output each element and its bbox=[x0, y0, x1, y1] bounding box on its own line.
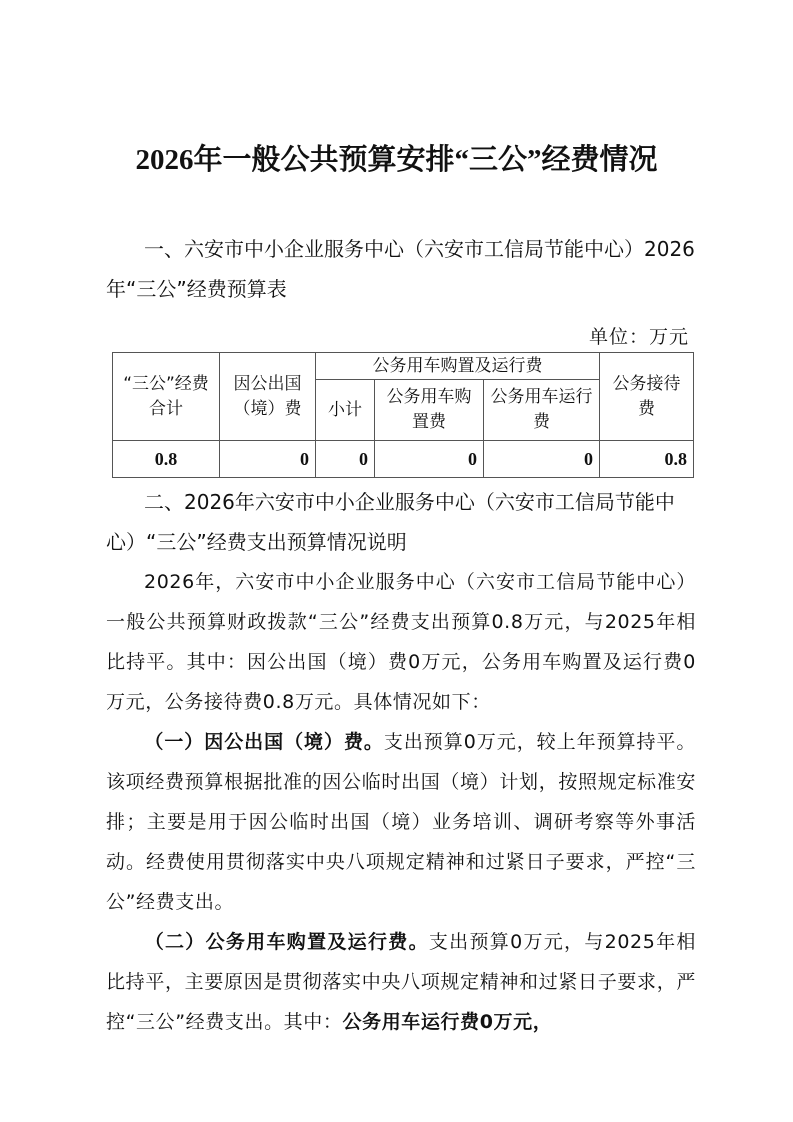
cell-vehicle-operation: 0 bbox=[484, 441, 600, 478]
cell-vehicle-subtotal: 0 bbox=[316, 441, 375, 478]
page-title: 2026年一般公共预算安排“三公”经费情况 bbox=[0, 140, 793, 180]
header-vehicle-subtotal: 小计 bbox=[316, 380, 375, 441]
section-heading-explanation: 二、2026年六安市中小企业服务中心（六安市工信局节能中心）“三公”经费支出预算… bbox=[106, 482, 696, 562]
paragraph-text: 2026年，六安市中小企业服务中心（六安市工信局节能中心）一般公共预算财政拨款“… bbox=[106, 571, 696, 713]
cell-reception: 0.8 bbox=[600, 441, 694, 478]
item-title-vehicle: （二）公务用车购置及运行费。 bbox=[144, 931, 429, 953]
three-public-budget-table: “三公”经费合计 因公出国（境）费 公务用车购置及运行费 公务接待费 小计 公务… bbox=[112, 352, 694, 478]
cell-overseas: 0 bbox=[220, 441, 316, 478]
vehicle-operation-highlight: 公务用车运行费0万元， bbox=[343, 1011, 553, 1033]
paragraph-summary: 2026年，六安市中小企业服务中心（六安市工信局节能中心）一般公共预算财政拨款“… bbox=[106, 562, 696, 722]
paragraph-overseas: （一）因公出国（境）费。支出预算0万元，较上年预算持平。该项经费预算根据批准的因… bbox=[106, 722, 696, 922]
table-row: 0.8 0 0 0 0 0.8 bbox=[113, 441, 694, 478]
section-heading-text: 二、2026年六安市中小企业服务中心（六安市工信局节能中心）“三公”经费支出预算… bbox=[106, 490, 675, 554]
unit-label: 单位：万元 bbox=[589, 322, 689, 352]
item-title-overseas: （一）因公出国（境）费。 bbox=[144, 731, 384, 753]
section-heading-text: 一、六安市中小企业服务中心（六安市工信局节能中心）2026年“三公”经费预算表 bbox=[106, 237, 695, 301]
header-reception: 公务接待费 bbox=[600, 353, 694, 441]
header-total: “三公”经费合计 bbox=[113, 353, 220, 441]
header-vehicle-purchase: 公务用车购置费 bbox=[375, 380, 484, 441]
header-vehicle-operation: 公务用车运行费 bbox=[484, 380, 600, 441]
section-heading-budget-table: 一、六安市中小企业服务中心（六安市工信局节能中心）2026年“三公”经费预算表 bbox=[106, 229, 696, 309]
table-header-row: “三公”经费合计 因公出国（境）费 公务用车购置及运行费 公务接待费 bbox=[113, 353, 694, 380]
header-vehicle-group: 公务用车购置及运行费 bbox=[316, 353, 600, 380]
cell-vehicle-purchase: 0 bbox=[375, 441, 484, 478]
paragraph-text: 支出预算0万元，较上年预算持平。该项经费预算根据批准的因公临时出国（境）计划，按… bbox=[106, 731, 696, 913]
header-overseas: 因公出国（境）费 bbox=[220, 353, 316, 441]
cell-total: 0.8 bbox=[113, 441, 220, 478]
paragraph-vehicle: （二）公务用车购置及运行费。支出预算0万元，与2025年相比持平，主要原因是贯彻… bbox=[106, 922, 696, 1042]
